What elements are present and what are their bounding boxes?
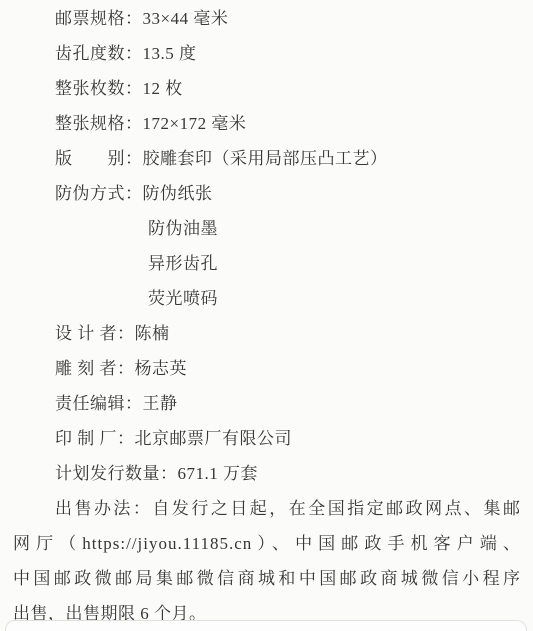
spec-value: 荧光喷码 [148, 289, 218, 308]
spec-row-stamp-size: 邮票规格：33×44 毫米 [13, 1, 521, 36]
spec-subitem-shaped-perforation: 异形齿孔 [13, 246, 521, 281]
spec-label: 防伪方式： [55, 184, 143, 203]
spec-label: 整张枚数： [55, 79, 143, 98]
spec-value: 王静 [143, 394, 178, 413]
spec-label: 邮票规格： [55, 9, 143, 28]
spec-row-printer: 印 制 厂：北京邮票厂有限公司 [13, 421, 521, 456]
sales-method-line-1: 出售办法：自发行之日起，在全国指定邮政网点、集邮 [13, 491, 521, 526]
spec-row-anticounterfeit: 防伪方式：防伪纸张 [13, 176, 521, 211]
spec-row-sheet-size: 整张规格：172×172 毫米 [13, 106, 521, 141]
spec-label: 齿孔度数： [55, 44, 143, 63]
spec-label: 出售办法： [55, 499, 152, 518]
spec-value: 杨志英 [135, 359, 188, 378]
spec-row-editor: 责任编辑：王静 [13, 386, 521, 421]
spec-row-engraver: 雕 刻 者：杨志英 [13, 351, 521, 386]
sales-method-line-2: 网厅（https://jiyou.11185.cn）、中国邮政手机客户端、 [13, 526, 521, 561]
spec-value: 13.5 度 [143, 44, 197, 63]
spec-label: 整张规格： [55, 114, 143, 133]
spec-value: 网厅（https://jiyou.11185.cn）、中国邮政手机客户端、 [13, 534, 521, 553]
sales-method-line-3: 中国邮政微邮局集邮微信商城和中国邮政商城微信小程序 [13, 561, 521, 596]
spec-subitem-fluorescent-code: 荧光喷码 [13, 281, 521, 316]
spec-label: 计划发行数量： [55, 464, 178, 483]
spec-value: 胶雕套印（采用局部压凸工艺） [143, 149, 388, 168]
spec-value: 33×44 毫米 [143, 9, 229, 28]
spec-value: 671.1 万套 [178, 464, 259, 483]
stamp-spec-document: 邮票规格：33×44 毫米 齿孔度数：13.5 度 整张枚数：12 枚 整张规格… [13, 1, 521, 631]
spec-value: 北京邮票厂有限公司 [135, 429, 293, 448]
spec-row-perforation: 齿孔度数：13.5 度 [13, 36, 521, 71]
spec-value: 12 枚 [143, 79, 183, 98]
spec-row-designer: 设 计 者：陈楠 [13, 316, 521, 351]
spec-label: 雕 刻 者： [55, 359, 135, 378]
spec-row-printing-type: 版 别：胶雕套印（采用局部压凸工艺） [13, 141, 521, 176]
spec-value: 防伪纸张 [143, 184, 213, 203]
card-top-edge [5, 620, 527, 631]
spec-value: 防伪油墨 [148, 219, 218, 238]
spec-label: 印 制 厂： [55, 429, 135, 448]
spec-value: 陈楠 [135, 324, 170, 343]
spec-value: 异形齿孔 [148, 254, 218, 273]
spec-value: 自发行之日起，在全国指定邮政网点、集邮 [152, 499, 521, 518]
spec-label: 责任编辑： [55, 394, 143, 413]
spec-value: 172×172 毫米 [143, 114, 247, 133]
spec-label: 版 别： [55, 149, 143, 168]
spec-label: 设 计 者： [55, 324, 135, 343]
spec-row-planned-quantity: 计划发行数量：671.1 万套 [13, 456, 521, 491]
spec-row-sheet-count: 整张枚数：12 枚 [13, 71, 521, 106]
spec-subitem-anticounterfeit-ink: 防伪油墨 [13, 211, 521, 246]
spec-value: 中国邮政微邮局集邮微信商城和中国邮政商城微信小程序 [13, 569, 521, 588]
